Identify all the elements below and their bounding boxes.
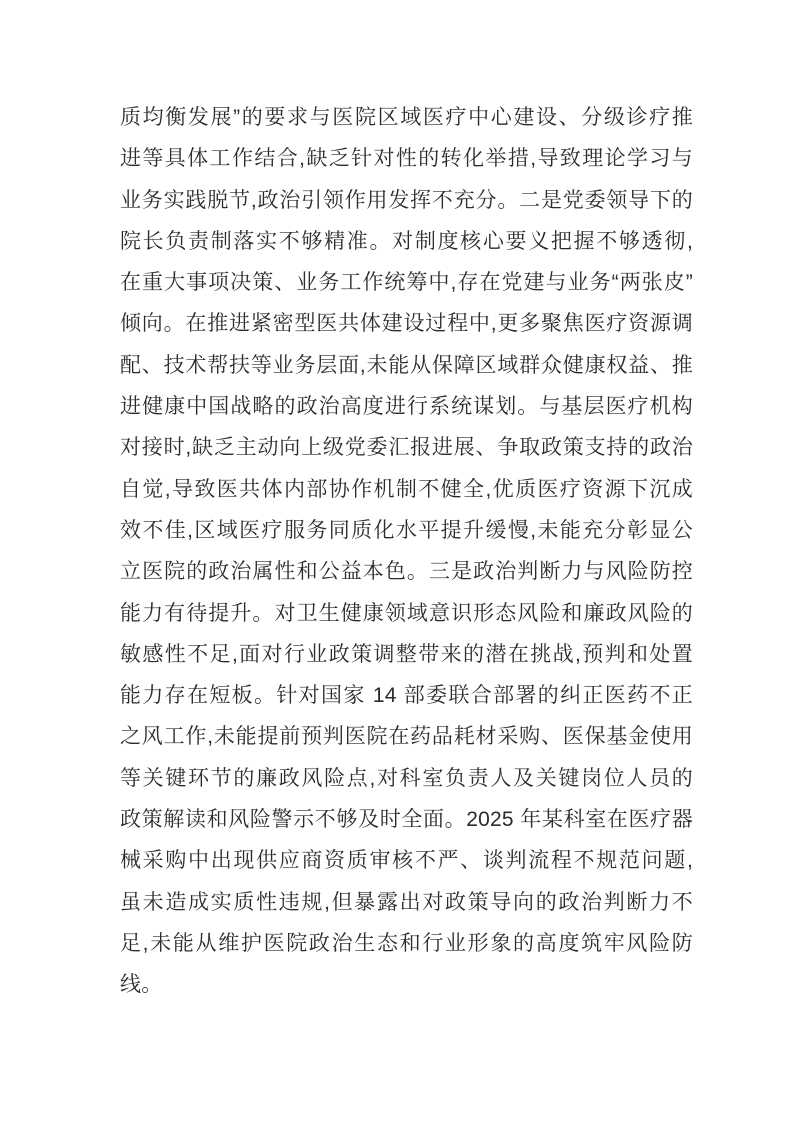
text-line: 在重大事项决策、业务工作统筹中,存在党建与业务“两张皮” <box>120 262 693 303</box>
text-line: 足,未能从维护医院政治生态和行业形象的高度筑牢风险防 <box>120 923 693 964</box>
text-line: 等关键环节的廉政风险点,对科室负责人及关键岗位人员的 <box>120 758 693 799</box>
text-line: 进等具体工作结合,缺乏针对性的转化举措,导致理论学习与 <box>120 138 693 179</box>
document-body-text: 质均衡发展”的要求与医院区域医疗中心建设、分级诊疗推 进等具体工作结合,缺乏针对… <box>120 97 693 1006</box>
text-line: 械采购中出现供应商资质审核不严、谈判流程不规范问题, <box>120 840 693 881</box>
text-line: 政策解读和风险警示不够及时全面。2025 年某科室在医疗器 <box>120 799 693 840</box>
text-line: 院长负责制落实不够精准。对制度核心要义把握不够透彻, <box>120 221 693 262</box>
document-page: 质均衡发展”的要求与医院区域医疗中心建设、分级诊疗推 进等具体工作结合,缺乏针对… <box>0 0 793 1122</box>
text-line: 之风工作,未能提前预判医院在药品耗材采购、医保基金使用 <box>120 716 693 757</box>
text-line: 倾向。在推进紧密型医共体建设过程中,更多聚焦医疗资源调 <box>120 303 693 344</box>
text-line: 能力有待提升。对卫生健康领域意识形态风险和廉政风险的 <box>120 593 693 634</box>
text-line: 配、技术帮扶等业务层面,未能从保障区域群众健康权益、推 <box>120 345 693 386</box>
text-line: 线。 <box>120 964 693 1005</box>
text-line: 质均衡发展”的要求与医院区域医疗中心建设、分级诊疗推 <box>120 97 693 138</box>
text-line: 敏感性不足,面对行业政策调整带来的潜在挑战,预判和处置 <box>120 634 693 675</box>
text-line: 业务实践脱节,政治引领作用发挥不充分。二是党委领导下的 <box>120 180 693 221</box>
text-line: 能力存在短板。针对国家 14 部委联合部署的纠正医药不正 <box>120 675 693 716</box>
text-line: 自觉,导致医共体内部协作机制不健全,优质医疗资源下沉成 <box>120 469 693 510</box>
text-line: 虽未造成实质性违规,但暴露出对政策导向的政治判断力不 <box>120 882 693 923</box>
text-line: 效不佳,区域医疗服务同质化水平提升缓慢,未能充分彰显公 <box>120 510 693 551</box>
text-line: 立医院的政治属性和公益本色。三是政治判断力与风险防控 <box>120 551 693 592</box>
text-line: 对接时,缺乏主动向上级党委汇报进展、争取政策支持的政治 <box>120 427 693 468</box>
text-line: 进健康中国战略的政治高度进行系统谋划。与基层医疗机构 <box>120 386 693 427</box>
